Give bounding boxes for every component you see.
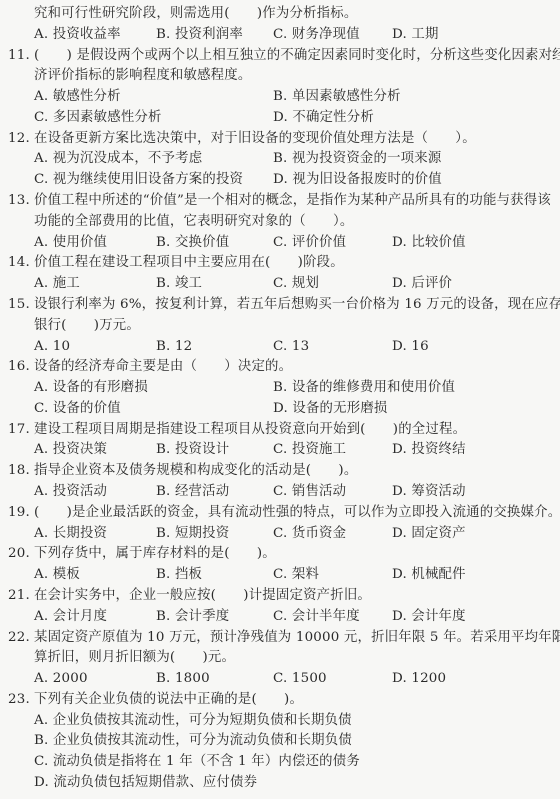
stem-text: 算折旧，则月折旧额为( )元。: [34, 647, 235, 669]
question-number: 17.: [8, 419, 36, 441]
question-number: 23.: [8, 689, 36, 711]
option-b: B. 竣工: [156, 273, 202, 295]
option-c: C. 评价价值: [273, 232, 346, 254]
question-number: 16.: [8, 356, 36, 378]
question-number: 12.: [8, 128, 36, 150]
option-b: B. 挡板: [156, 564, 202, 586]
option-c: C. 多因素敏感性分析: [34, 107, 162, 129]
option-a: A. 2000: [34, 668, 88, 690]
option-d: D. 会计年度: [392, 606, 466, 628]
option-b: B. 经营活动: [156, 481, 229, 503]
option-b: B. 交换价值: [156, 232, 229, 254]
option-a: A. 使用价值: [34, 232, 107, 254]
option-d: D. 视为旧设备报废时的价值: [273, 169, 442, 191]
exam-page: 究和可行性研究阶段，则需选用( )作为分析指标。 A. 投资收益率 B. 投资利…: [0, 0, 560, 799]
question-number: 15.: [8, 294, 36, 316]
option-c: C. 规划: [273, 273, 319, 295]
option-a: A. 投资决策: [34, 439, 107, 461]
question-number: 20.: [8, 543, 36, 565]
option-a: A. 投资活动: [34, 481, 107, 503]
option-c: C. 13: [273, 336, 309, 358]
option-b: B. 视为投资资金的一项来源: [273, 148, 441, 170]
option-b: B. 企业负债按其流动性，可分为流动负债和长期负债: [34, 730, 352, 752]
stem-text: 下列有关企业负债的说法中正确的是( )。: [34, 689, 303, 711]
stem-text: 究和可行性研究阶段，则需选用( )作为分析指标。: [34, 3, 357, 25]
option-c: C. 投资施工: [273, 439, 346, 461]
stem-text: 指导企业资本及债务规模和构成变化的活动是( )。: [34, 460, 357, 482]
option-c: C. 架料: [273, 564, 319, 586]
stem-text: 在会计实务中，企业一般应按( )计提固定资产折旧。: [34, 585, 371, 607]
option-a: A. 敏感性分析: [34, 86, 121, 108]
option-a: A. 投资收益率: [34, 24, 121, 46]
stem-text: 价值工程在建设工程项目中主要应用在( )阶段。: [34, 252, 344, 274]
option-d: D. 后评价: [392, 273, 452, 295]
option-a: A. 模板: [34, 564, 80, 586]
option-c: C. 销售活动: [273, 481, 346, 503]
question-number: 13.: [8, 190, 36, 212]
option-a: A. 长期投资: [34, 523, 107, 545]
option-d: D. 固定资产: [392, 523, 466, 545]
option-b: B. 设备的维修费用和使用价值: [273, 377, 455, 399]
stem-text: 银行( )万元。: [34, 315, 140, 337]
question-number: 22.: [8, 627, 36, 649]
stem-text: 下列存货中，属于库存材料的是( )。: [34, 543, 276, 565]
option-c: C. 流动负债是指将在 1 年（不含 1 年）内偿还的债务: [34, 751, 360, 773]
question-number: 19.: [8, 502, 36, 524]
option-d: D. 机械配件: [392, 564, 466, 586]
option-c: C. 1500: [273, 668, 327, 690]
stem-text: ( ) 是假设两个或两个以上相互独立的不确定因素同时变化时，分析这些变化因素对经: [34, 45, 560, 67]
option-d: D. 流动负债包括短期借款、应付债券: [34, 772, 257, 794]
question-number: 21.: [8, 585, 36, 607]
question-number: 18.: [8, 460, 36, 482]
stem-text: 设银行利率为 6%，按复利计算，若五年后想购买一台价格为 16 万元的设备，现在…: [34, 294, 560, 316]
question-number: 14.: [8, 252, 36, 274]
option-a: A. 视为沉没成本，不予考虑: [34, 148, 202, 170]
option-a: A. 会计月度: [34, 606, 107, 628]
option-a: A. 设备的有形磨损: [34, 377, 148, 399]
question-number: 11.: [8, 45, 36, 67]
option-d: D. 设备的无形磨损: [273, 398, 388, 420]
option-b: B. 短期投资: [156, 523, 229, 545]
option-a: A. 企业负债按其流动性，可分为短期负债和长期负债: [34, 710, 352, 732]
stem-text: 价值工程中所述的“价值”是一个相对的概念，是指作为某种产品所具有的功能与获得该: [34, 190, 551, 212]
option-d: D. 工期: [392, 24, 439, 46]
option-b: B. 单因素敏感性分析: [273, 86, 401, 108]
option-b: B. 会计季度: [156, 606, 229, 628]
option-d: D. 16: [392, 336, 429, 358]
stem-text: ( )是企业最活跃的资金，具有流动性强的特点，可以作为立即投入流通的交换媒介。: [34, 502, 560, 524]
option-b: B. 投资设计: [156, 439, 229, 461]
option-b: B. 投资利润率: [156, 24, 243, 46]
option-c: C. 货币资金: [273, 523, 346, 545]
option-b: B. 12: [156, 336, 192, 358]
stem-text: 功能的全部费用的比值，它表明研究对象的（ ）。: [34, 211, 353, 233]
option-d: D. 1200: [392, 668, 446, 690]
stem-text: 在设备更新方案比选决策中，对于旧设备的变现价值处理方法是（ ）。: [34, 128, 476, 150]
option-d: D. 筹资活动: [392, 481, 466, 503]
stem-text: 济评价指标的影响程度和敏感程度。: [34, 65, 251, 87]
option-a: A. 10: [34, 336, 70, 358]
option-d: D. 投资终结: [392, 439, 466, 461]
option-a: A. 施工: [34, 273, 80, 295]
option-d: D. 比较价值: [392, 232, 466, 254]
option-c: C. 视为继续使用旧设备方案的投资: [34, 169, 243, 191]
option-c: C. 财务净现值: [273, 24, 360, 46]
option-c: C. 设备的价值: [34, 398, 121, 420]
option-b: B. 1800: [156, 668, 210, 690]
option-c: C. 会计半年度: [273, 606, 360, 628]
stem-text: 建设工程项目周期是指建设工程项目从投资意向开始到( )的全过程。: [34, 419, 466, 441]
option-d: D. 不确定性分析: [273, 107, 374, 129]
stem-text: 某固定资产原值为 10 万元，预计净残值为 10000 元，折旧年限 5 年。若…: [34, 627, 560, 649]
stem-text: 设备的经济寿命主要是由（ ）决定的。: [34, 356, 292, 378]
